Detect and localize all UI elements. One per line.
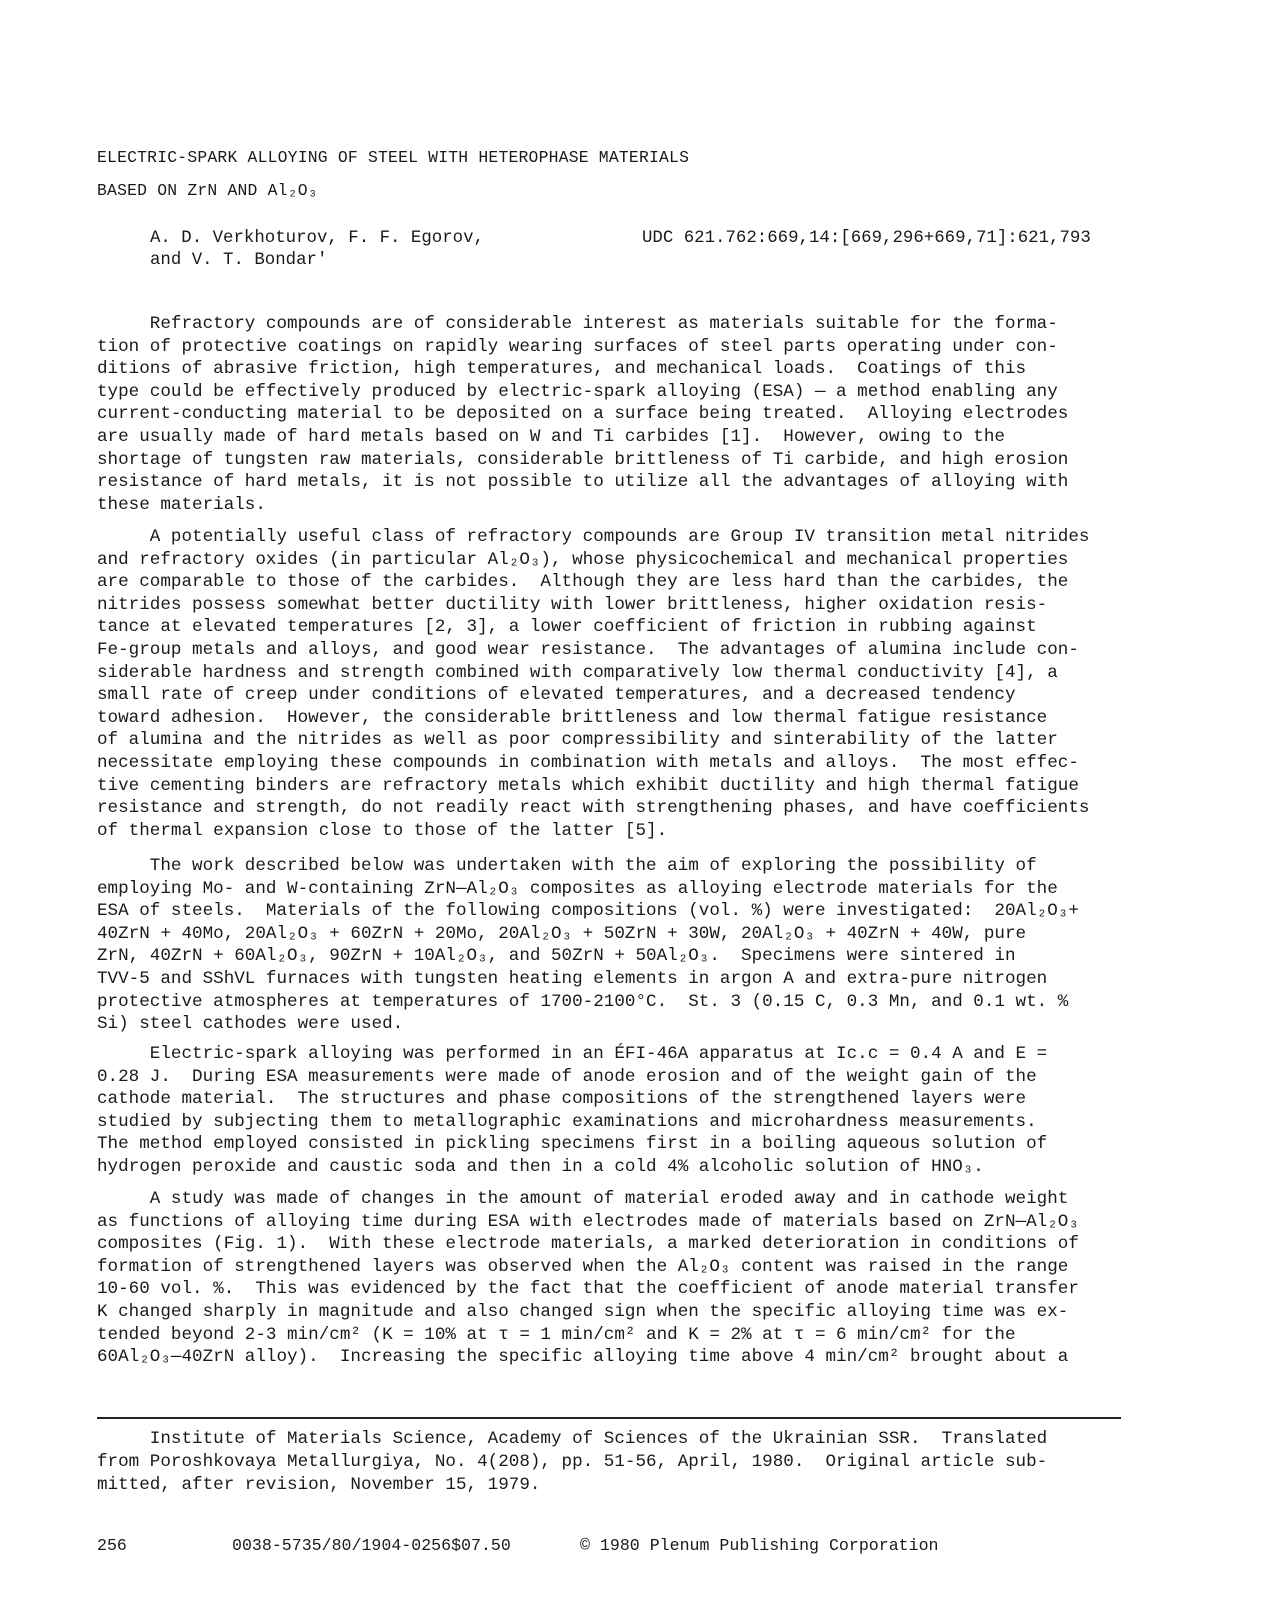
article-title-line-2: BASED ON ZrN AND Al₂O₃ xyxy=(97,181,318,201)
footnote: Institute of Materials Science, Academy … xyxy=(97,1428,1047,1497)
paragraph-line: ditions of abrasive friction, high tempe… xyxy=(97,358,1149,381)
paragraph-4: Electric-spark alloying was performed in… xyxy=(97,1043,1149,1179)
udc-classification: UDC 621.762:669,14:[669,296+669,71]:621,… xyxy=(642,228,1091,250)
paragraph-1: Refractory compounds are of considerable… xyxy=(97,313,1149,516)
paragraph-line: type could be effectively produced by el… xyxy=(97,381,1149,404)
paragraph-5: A study was made of changes in the amoun… xyxy=(97,1188,1149,1369)
paragraph-line: as functions of alloying time during ESA… xyxy=(97,1211,1149,1234)
footnote-line: Institute of Materials Science, Academy … xyxy=(97,1428,1047,1451)
paragraph-line: Refractory compounds are of considerable… xyxy=(97,313,1149,336)
paragraph-line: tance at elevated temperatures [2, 3], a… xyxy=(97,616,1149,639)
paragraph-line: employing Mo- and W-containing ZrN—Al₂O₃… xyxy=(97,878,1149,901)
paragraph-line: ESA of steels. Materials of the followin… xyxy=(97,900,1149,923)
paragraph-line: 0.28 J. During ESA measurements were mad… xyxy=(97,1066,1149,1089)
paragraph-line: siderable hardness and strength combined… xyxy=(97,662,1149,685)
footnote-line: from Poroshkovaya Metallurgiya, No. 4(20… xyxy=(97,1451,1047,1474)
paragraph-line: TVV-5 and SShVL furnaces with tungsten h… xyxy=(97,968,1149,991)
paragraph-line: necessitate employing these compounds in… xyxy=(97,752,1149,775)
paragraph-line: Si) steel cathodes were used. xyxy=(97,1013,1149,1036)
paragraph-line: current-conducting material to be deposi… xyxy=(97,403,1149,426)
paragraph-line: Electric-spark alloying was performed in… xyxy=(97,1043,1149,1066)
paragraph-line: K changed sharply in magnitude and also … xyxy=(97,1301,1149,1324)
paragraph-line: A study was made of changes in the amoun… xyxy=(97,1188,1149,1211)
paragraph-line: resistance and strength, do not readily … xyxy=(97,797,1149,820)
paragraph-line: ZrN, 40ZrN + 60Al₂O₃, 90ZrN + 10Al₂O₃, a… xyxy=(97,945,1149,968)
paragraph-line: tion of protective coatings on rapidly w… xyxy=(97,336,1149,359)
publication-code: 0038-5735/80/1904-0256$07.50 xyxy=(232,1535,511,1557)
paragraph-line: formation of strengthened layers was obs… xyxy=(97,1256,1149,1279)
paragraph-3: The work described below was undertaken … xyxy=(97,855,1149,1036)
paragraph-line: these materials. xyxy=(97,494,1149,517)
authors-line-1: A. D. Verkhoturov, F. F. Egorov, xyxy=(150,228,484,250)
paragraph-line: tended beyond 2-3 min/cm² (K = 10% at τ … xyxy=(97,1324,1149,1347)
paragraph-line: small rate of creep under conditions of … xyxy=(97,684,1149,707)
paragraph-line: cathode material. The structures and pha… xyxy=(97,1088,1149,1111)
paragraph-line: studied by subjecting them to metallogra… xyxy=(97,1111,1149,1134)
copyright-notice: © 1980 Plenum Publishing Corporation xyxy=(580,1535,938,1557)
paragraph-line: composites (Fig. 1). With these electrod… xyxy=(97,1233,1149,1256)
paragraph-line: 60Al₂O₃—40ZrN alloy). Increasing the spe… xyxy=(97,1346,1149,1369)
article-title-line-1: ELECTRIC-SPARK ALLOYING OF STEEL WITH HE… xyxy=(97,148,689,168)
paragraph-line: hydrogen peroxide and caustic soda and t… xyxy=(97,1156,1149,1179)
paragraph-line: resistance of hard metals, it is not pos… xyxy=(97,471,1149,494)
paragraph-line: nitrides possess somewhat better ductili… xyxy=(97,594,1149,617)
paragraph-line: 10-60 vol. %. This was evidenced by the … xyxy=(97,1278,1149,1301)
paragraph-line: 40ZrN + 40Mo, 20Al₂O₃ + 60ZrN + 20Mo, 20… xyxy=(97,923,1149,946)
paragraph-line: and refractory oxides (in particular Al₂… xyxy=(97,549,1149,572)
paragraph-line: toward adhesion. However, the considerab… xyxy=(97,707,1149,730)
footnote-line: mitted, after revision, November 15, 197… xyxy=(97,1474,1047,1497)
paragraph-line: are usually made of hard metals based on… xyxy=(97,426,1149,449)
page-number: 256 xyxy=(97,1535,127,1557)
paragraph-line: are comparable to those of the carbides.… xyxy=(97,571,1149,594)
paragraph-line: protective atmospheres at temperatures o… xyxy=(97,991,1149,1014)
paragraph-line: of alumina and the nitrides as well as p… xyxy=(97,729,1149,752)
paragraph-line: The method employed consisted in picklin… xyxy=(97,1133,1149,1156)
paragraph-line: A potentially useful class of refractory… xyxy=(97,526,1149,549)
footnote-divider xyxy=(97,1417,1121,1419)
paragraph-line: of thermal expansion close to those of t… xyxy=(97,820,1149,843)
paragraph-line: shortage of tungsten raw materials, cons… xyxy=(97,449,1149,472)
paragraph-line: tive cementing binders are refractory me… xyxy=(97,775,1149,798)
paragraph-line: Fe-group metals and alloys, and good wea… xyxy=(97,639,1149,662)
paragraph-2: A potentially useful class of refractory… xyxy=(97,526,1149,842)
paragraph-line: The work described below was undertaken … xyxy=(97,855,1149,878)
authors-line-2: and V. T. Bondar' xyxy=(150,250,327,272)
